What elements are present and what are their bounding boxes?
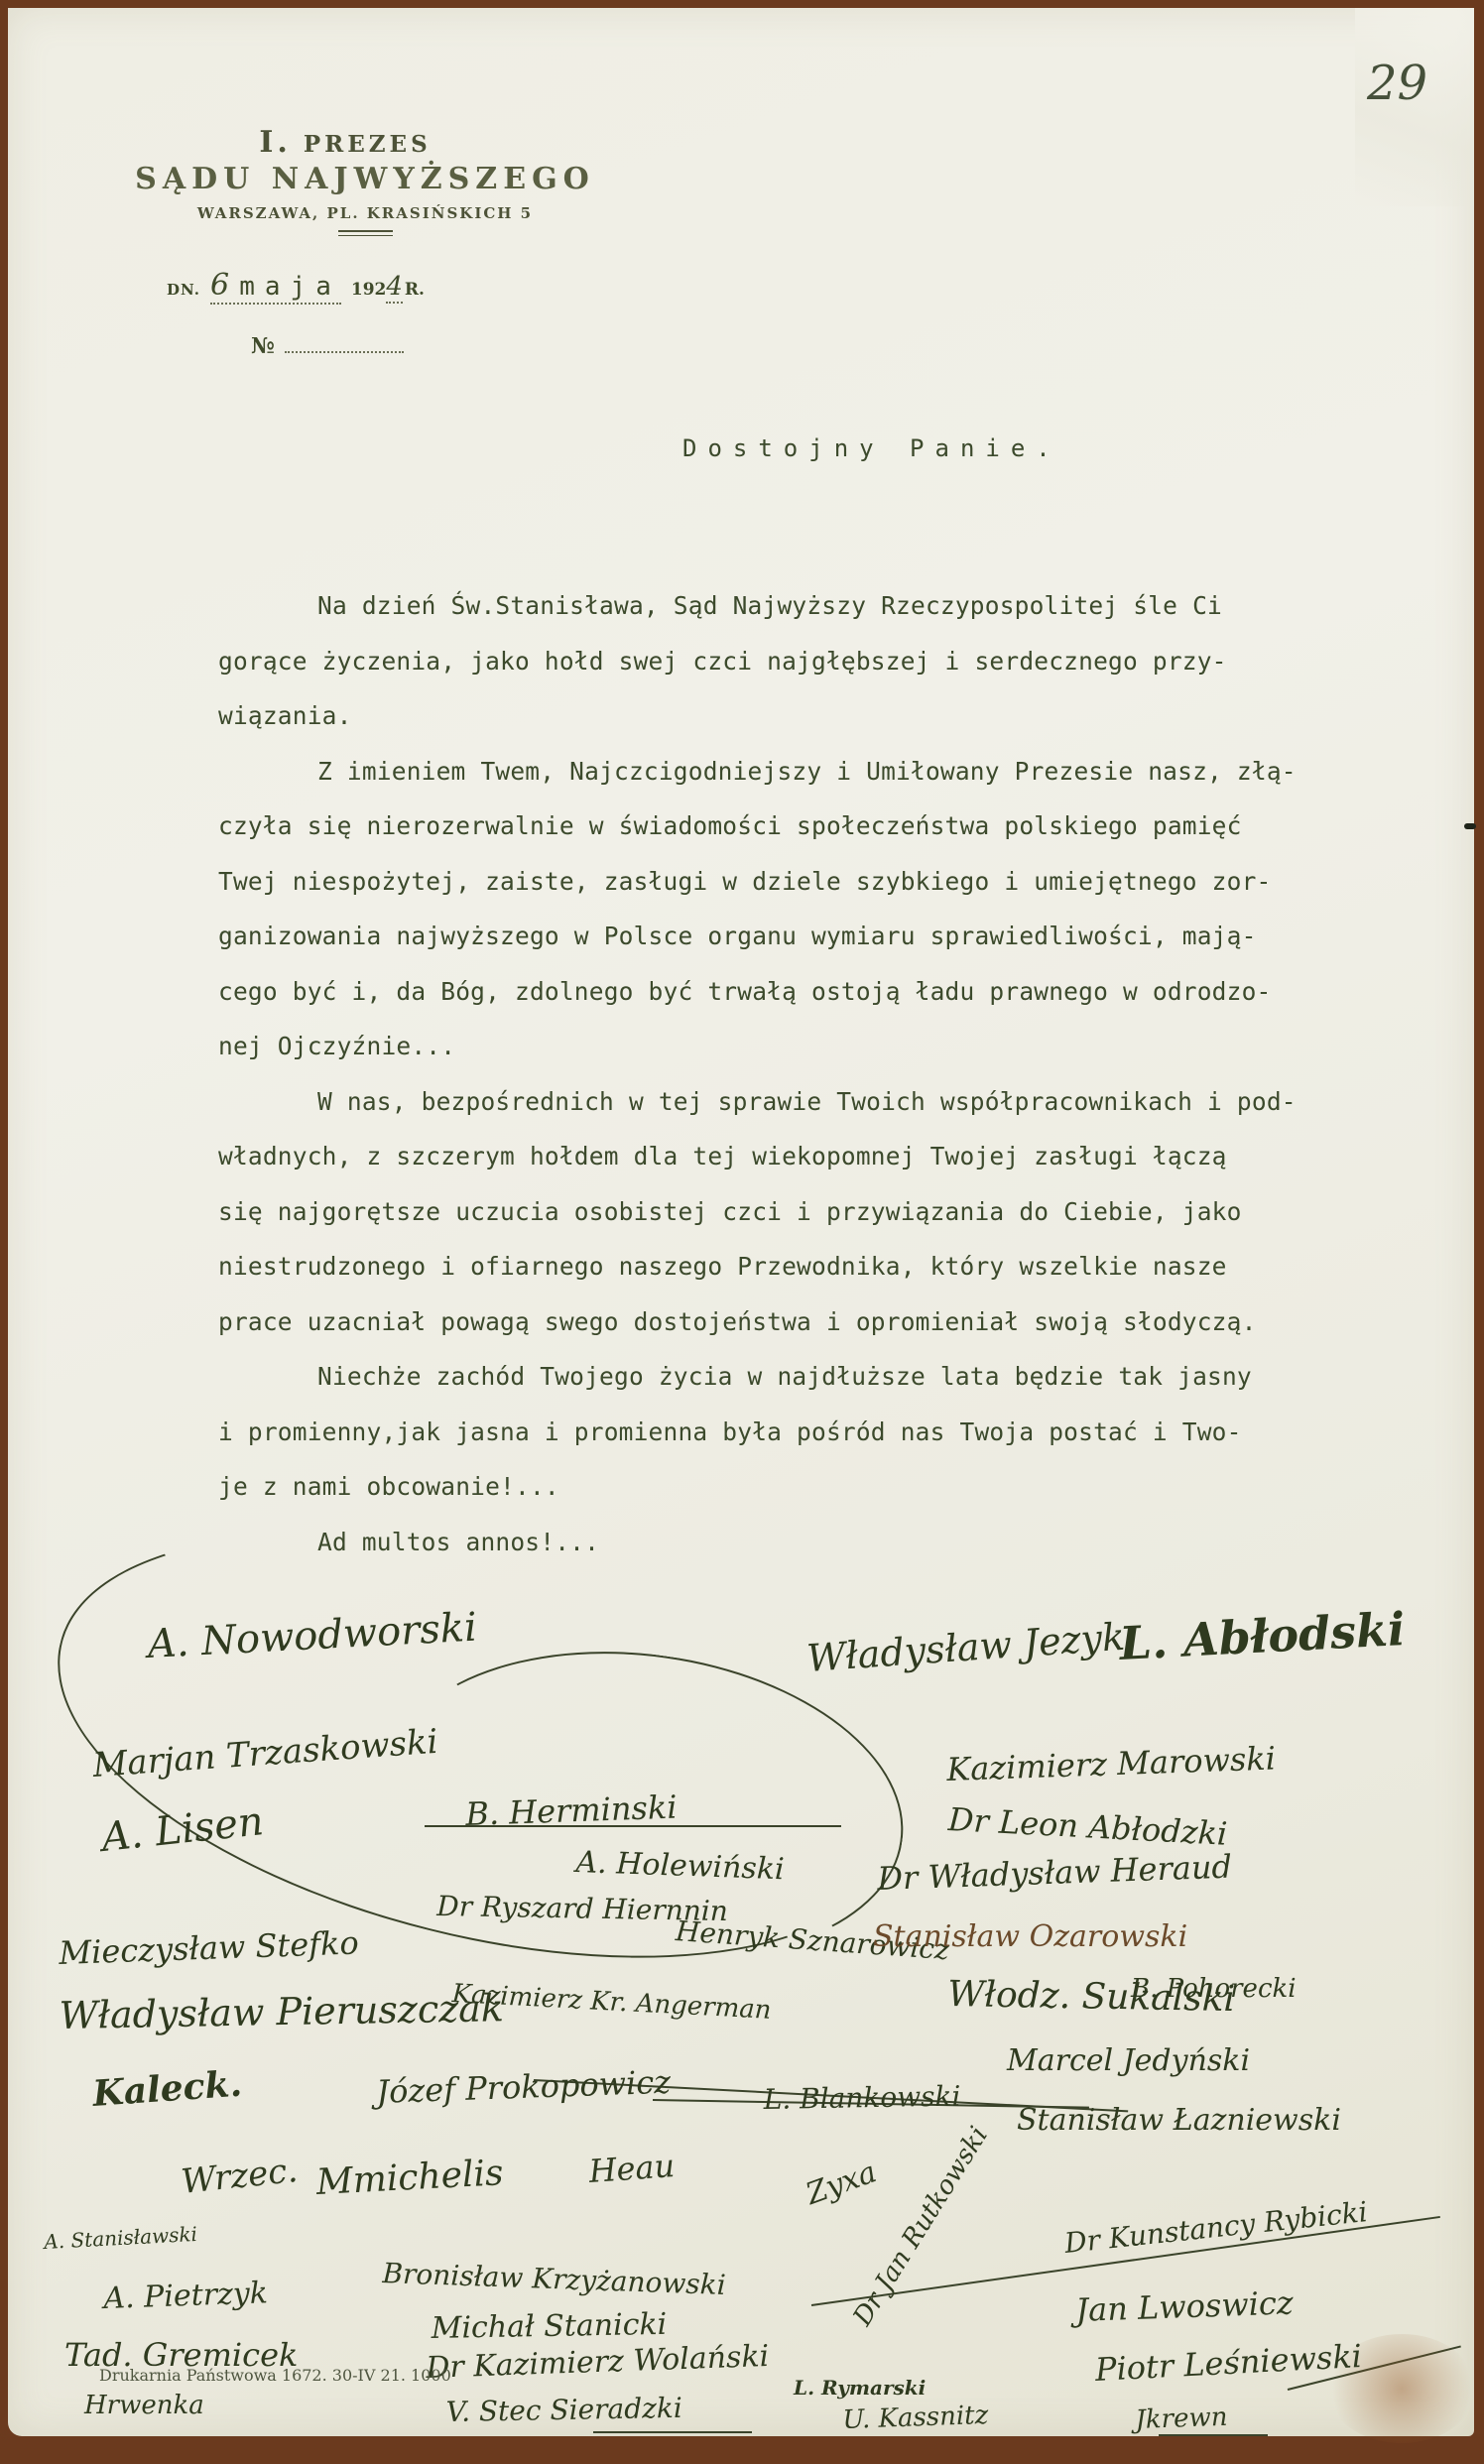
date-line: DN. 6 maja 192 4 R.	[167, 268, 425, 305]
signature: Władysław Pieruszczak	[59, 1986, 504, 2037]
letter-body: Na dzień Św.Stanisława, Sąd Najwyższy Rz…	[218, 578, 1468, 1569]
letterhead-title-text: PREZES	[304, 131, 432, 158]
signature: V. Stec Sieradzki	[445, 2392, 682, 2428]
signature: A. Pietrzyk	[103, 2276, 269, 2316]
letter-line: gorące życzenia, jako hołd swej czci naj…	[218, 634, 1468, 689]
signature: Bronisław Krzyżanowski	[382, 2257, 726, 2301]
signature: Wrzec.	[180, 2151, 300, 2202]
date-year-suffix: 4	[386, 272, 403, 304]
date-year-prefix: 192	[351, 280, 387, 300]
signature: L. Rymarski	[794, 2376, 926, 2400]
signature: A. Holewiński	[575, 1845, 785, 1887]
printer-note: Drukarnia Państwowa 1672. 30-IV 21. 1000	[99, 2366, 451, 2385]
folio-number: 29	[1367, 56, 1427, 111]
letterhead-divider	[338, 230, 393, 236]
signature: Michał Stanicki	[431, 2307, 667, 2346]
signature: Dr Władysław Heraud	[877, 1848, 1233, 1898]
letterhead-court: SĄDU NAJWYŻSZEGO	[107, 162, 623, 196]
letter-line: je z nami obcowanie!...	[218, 1459, 1468, 1515]
letter-line: Twej niespożytej, zaiste, zasługi w dzie…	[218, 854, 1468, 910]
signature: Włodz. Sukalski	[947, 1974, 1235, 2020]
signature: Heau	[587, 2147, 676, 2190]
letter-line: Na dzień Św.Stanisława, Sąd Najwyższy Rz…	[218, 578, 1468, 634]
date-month: maja	[239, 272, 341, 302]
signature: Kaleck.	[91, 2063, 243, 2115]
letter-line: władnych, z szczerym hołdem dla tej wiek…	[218, 1129, 1468, 1184]
letter-line: cego być i, da Bóg, zdolnego być trwałą …	[218, 964, 1468, 1020]
signature: B. Herminski	[465, 1788, 678, 1833]
date-label: DN.	[167, 281, 200, 299]
signature-underline	[1159, 2434, 1268, 2436]
signature: Dr Leon Abłodzki	[947, 1800, 1228, 1853]
signature: Władysław Jezyk	[805, 1615, 1126, 1680]
letter-line: ganizowania najwyższego w Polsce organu …	[218, 909, 1468, 964]
signature: L. Blankowski	[763, 2080, 960, 2116]
signature: Mieczysław Stefko	[59, 1923, 360, 1972]
letterhead-title: I. PREZES	[67, 125, 623, 160]
letter-line: niestrudzonego i ofiarnego naszego Przew…	[218, 1239, 1468, 1294]
letter-line: nej Ojczyźnie...	[218, 1019, 1468, 1074]
letterhead-address: WARSZAWA, PL. KRASIŃSKICH 5	[107, 204, 623, 222]
letter-line: Z imieniem Twem, Najczcigodniejszy i Umi…	[218, 744, 1468, 800]
letter-line: wiązania.	[218, 688, 1468, 744]
signature: L. Abłodski	[1118, 1602, 1406, 1670]
signature: Dr Kunstancy Rybicki	[1063, 2195, 1370, 2260]
signature: Dr Kazimierz Wolański	[426, 2339, 770, 2386]
number-line: №	[251, 333, 404, 359]
letter-line: i promienny,jak jasna i promienna była p…	[218, 1405, 1468, 1460]
signature: Józef Prokopowicz	[376, 2063, 672, 2111]
document-page: 29 I. PREZES SĄDU NAJWYŻSZEGO WARSZAWA, …	[8, 8, 1474, 2436]
date-year-label: R.	[405, 280, 425, 300]
signature: Hrwenka	[84, 2391, 204, 2420]
number-field	[285, 350, 404, 353]
letter-line: czyła się nierozerwalnie w świadomości s…	[218, 799, 1468, 854]
signature: Jkrewn	[1135, 2402, 1228, 2435]
number-label: №	[251, 333, 275, 359]
signature: Stanisław Łazniewski	[1017, 2103, 1341, 2138]
date-day: 6	[210, 268, 229, 303]
signature: Zyxa	[802, 2155, 881, 2212]
letter-line: się najgorętsze uczucia osobistej czci i…	[218, 1184, 1468, 1240]
salutation: Dostojny Panie.	[682, 434, 1061, 462]
signature: Mmichelis	[315, 2153, 505, 2203]
letterhead-title-prefix: I.	[259, 125, 291, 160]
date-field: 6 maja	[210, 268, 341, 305]
signature: Jan Lwoswicz	[1075, 2283, 1295, 2329]
signature: A. Stanisławski	[44, 2222, 198, 2254]
letter-line: prace uzacniał powagą swego dostojeństwa…	[218, 1294, 1468, 1350]
signature: Stanisław Ozarowski	[873, 1919, 1187, 1954]
signature: Marcel Jedyński	[1007, 2043, 1250, 2078]
signature-underline	[593, 2431, 752, 2433]
signature: Dr Jan Rutkowski	[848, 2122, 994, 2331]
signature: Kazimierz Marowski	[946, 1739, 1277, 1788]
signature: U. Kassnitz	[842, 2401, 989, 2435]
letter-line: Niechże zachód Twojego życia w najdłuższ…	[218, 1349, 1468, 1405]
margin-mark	[1464, 823, 1476, 829]
letterhead: I. PREZES SĄDU NAJWYŻSZEGO WARSZAWA, PL.…	[107, 125, 623, 236]
letter-line: W nas, bezpośrednich w tej sprawie Twoic…	[218, 1074, 1468, 1130]
